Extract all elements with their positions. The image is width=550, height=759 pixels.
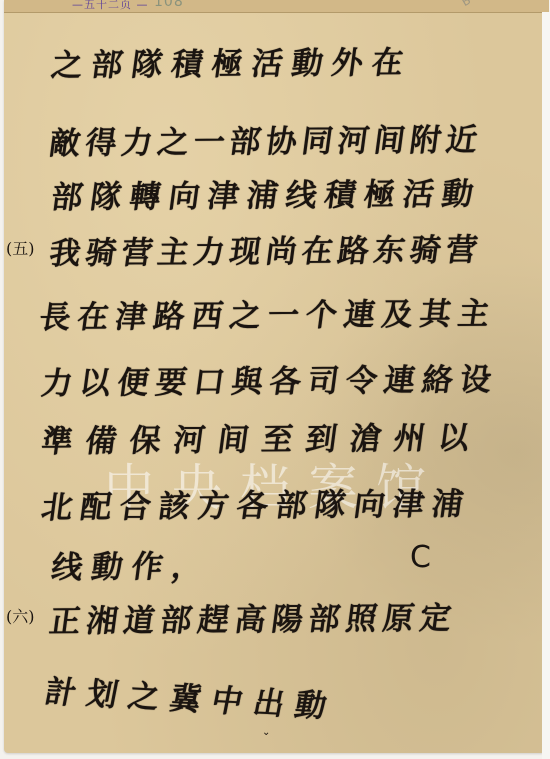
handwritten-note: —五十二页 — [72, 0, 149, 12]
text-line-7: 準備保河间至到滄州以 [39, 412, 485, 461]
page-edge [542, 12, 550, 759]
corner-mark: B [459, 0, 473, 9]
header-strip: —五十二页 — 108 B [4, 0, 549, 13]
item-marker-6: (六) [6, 604, 35, 627]
text-line-9: 线動作， [49, 541, 215, 587]
text-line-5: 長在津路西之一个連及其主 [37, 288, 499, 337]
text-line-6: 力以便要口與各司令連絡设 [39, 354, 501, 403]
text-line-3: 部隊轉向津浦线積極活動 [49, 168, 484, 217]
page-number-stamp: 108 [154, 0, 184, 10]
text-line-10: 正湘道部趕高陽部照原定 [47, 592, 460, 641]
text-line-8: 北配合該方各部隊向津浦 [39, 478, 474, 527]
bottom-tick-mark: ⌄ [262, 727, 270, 738]
text-line-4: 我骑营主力现尚在路东骑营 [47, 224, 485, 273]
text-line-2: 敵得力之一部协同河间附近 [47, 114, 485, 163]
item-marker-5: (五) [6, 236, 35, 259]
check-mark: C [410, 540, 431, 575]
text-line-1: 之部隊積極活動外在 [49, 37, 415, 85]
